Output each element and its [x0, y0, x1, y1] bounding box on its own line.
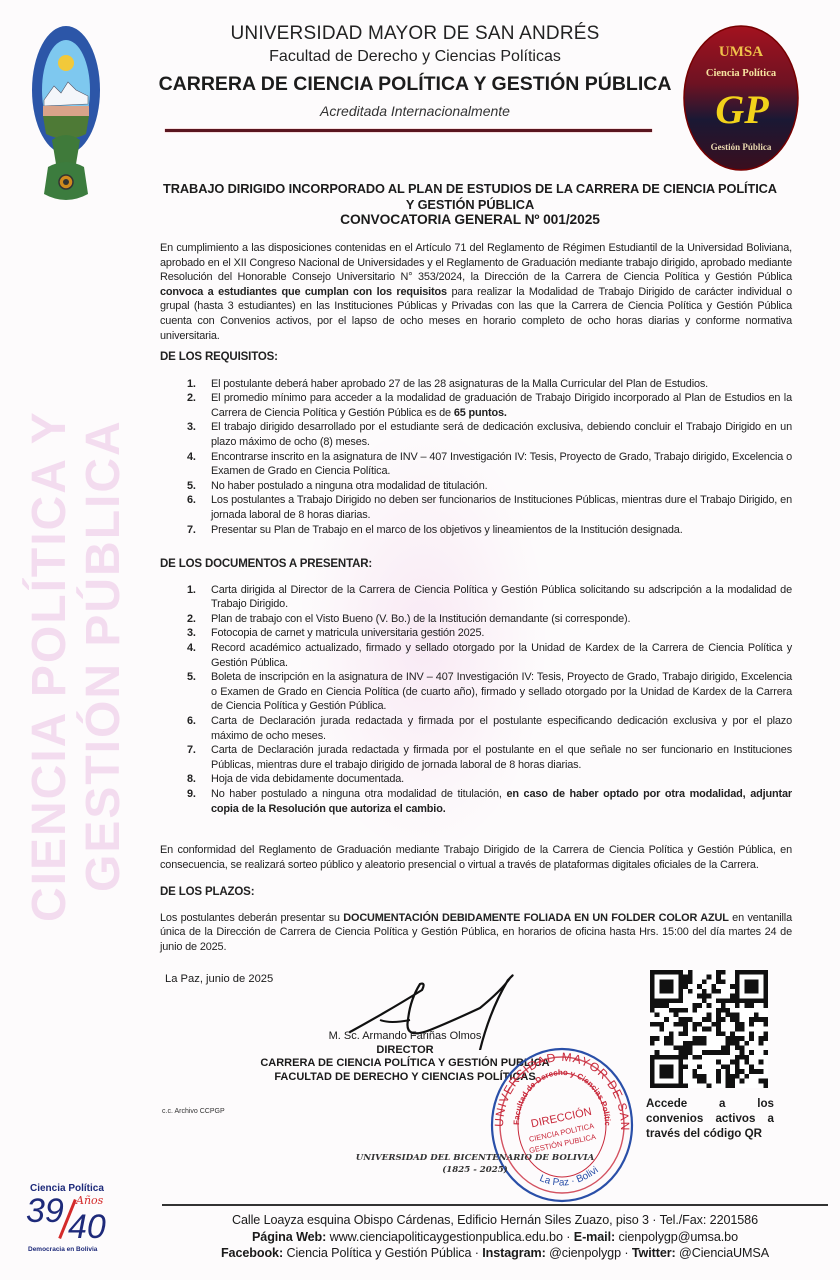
svg-text:GP: GP [715, 87, 769, 132]
accreditation-label: Acreditada Internacionalmente [150, 103, 680, 119]
list-number: 6. [187, 493, 196, 508]
direccion-stamp-icon: UNIVERSIDAD MAYOR DE SAN ANDRES Facultad… [487, 1043, 637, 1203]
documento-item: 4.Record académico actualizado, firmado … [160, 641, 792, 670]
documentos-section: DE LOS DOCUMENTOS A PRESENTAR: 1.Carta d… [160, 557, 792, 816]
list-number: 3. [187, 626, 196, 641]
plazos-heading: DE LOS PLAZOS: [160, 885, 792, 900]
list-number: 5. [187, 670, 196, 685]
footer-address: Calle Loayza esquina Obispo Cárdenas, Ed… [150, 1212, 840, 1229]
footer-web-link[interactable]: www.cienciapoliticaygestionpublica.edu.b… [330, 1230, 563, 1244]
umsa-ciencia-politica-logo: UMSA Ciencia Política GP Gestión Pública [682, 24, 800, 172]
list-number: 2. [187, 391, 196, 406]
footer-twitter-link[interactable]: @CienciaUMSA [679, 1246, 769, 1260]
svg-text:UMSA: UMSA [719, 44, 763, 60]
header-divider [165, 129, 652, 132]
career-name: CARRERA DE CIENCIA POLÍTICA Y GESTIÓN PÚ… [150, 73, 680, 96]
requisito-item: 4.Encontrarse inscrito en la asignatura … [160, 450, 792, 479]
qr-caption: Accedealos convenios activos a través de… [646, 1096, 774, 1141]
requisitos-section: DE LOS REQUISITOS: 1.El postulante deber… [160, 350, 792, 537]
documento-item: 9.No haber postulado a ninguna otra moda… [160, 787, 792, 816]
list-number: 7. [187, 743, 196, 758]
documentos-list: 1.Carta dirigida al Director de la Carre… [160, 583, 792, 817]
list-number: 2. [187, 612, 196, 627]
list-number: 9. [187, 787, 196, 802]
svg-text:Ciencia Política: Ciencia Política [706, 68, 777, 79]
requisito-item: 7.Presentar su Plan de Trabajo en el mar… [160, 523, 792, 538]
umsa-crest-icon [30, 22, 102, 207]
intro-paragraph: En cumplimiento a las disposiciones cont… [160, 241, 792, 343]
list-number: 4. [187, 641, 196, 656]
footer-instagram-link[interactable]: @cienpolygp [549, 1246, 621, 1260]
cc-archive: c.c. Archivo CCPGP [162, 1108, 225, 1115]
documento-item: 2.Plan de trabajo con el Visto Bueno (V.… [160, 612, 792, 627]
bicentenary-motto: UNIVERSIDAD DEL BICENTENARIO DE BOLIVIA … [340, 1152, 610, 1176]
intro-bold: convoca a estudiantes que cumplan con lo… [160, 286, 447, 298]
documento-item: 1.Carta dirigida al Director de la Carre… [160, 583, 792, 612]
requisito-item: 6.Los postulantes a Trabajo Dirigido no … [160, 493, 792, 522]
list-number: 1. [187, 377, 196, 392]
list-number: 6. [187, 714, 196, 729]
title-line1: TRABAJO DIRIGIDO INCORPORADO AL PLAN DE … [150, 181, 790, 197]
documento-item: 3.Fotocopia de carnet y matricula univer… [160, 626, 792, 641]
plazos-paragraph: Los postulantes deberán presentar su DOC… [160, 911, 792, 955]
documentos-heading: DE LOS DOCUMENTOS A PRESENTAR: [160, 557, 792, 572]
watermark-text-line1: CIENCIA POLÍTICA Y [22, 410, 77, 922]
list-number: 7. [187, 523, 196, 538]
footer-facebook-link[interactable]: Ciencia Política y Gestión Pública [286, 1246, 471, 1260]
list-number: 1. [187, 583, 196, 598]
documento-item: 7.Carta de Declaración jurada redactada … [160, 743, 792, 772]
watermark-text-line2: GESTIÓN PÚBLICA [76, 419, 131, 892]
svg-text:Gestión Pública: Gestión Pública [711, 142, 772, 152]
conformidad-paragraph: En conformidad del Reglamento de Graduac… [160, 843, 792, 872]
qr-code-icon[interactable] [650, 970, 768, 1088]
requisito-item: 1.El postulante deberá haber aprobado 27… [160, 377, 792, 392]
requisitos-list: 1.El postulante deberá haber aprobado 27… [160, 377, 792, 538]
documento-item: 5.Boleta de inscripción en la asignatura… [160, 670, 792, 714]
footer-divider [162, 1204, 828, 1206]
faculty-name: Facultad de Derecho y Ciencias Políticas [150, 48, 680, 66]
list-number: 3. [187, 420, 196, 435]
list-number: 4. [187, 450, 196, 465]
documento-item: 8.Hoja de vida debidamente documentada. [160, 772, 792, 787]
document-title: TRABAJO DIRIGIDO INCORPORADO AL PLAN DE … [150, 181, 790, 228]
requisito-item: 5.No haber postulado a ninguna otra moda… [160, 479, 792, 494]
plazos-section: DE LOS PLAZOS: Los postulantes deberán p… [160, 885, 792, 954]
convocatoria-number: CONVOCATORIA GENERAL Nº 001/2025 [150, 212, 790, 228]
requisito-item: 3.El trabajo dirigido desarrollado por e… [160, 420, 792, 449]
place-date: La Paz, junio de 2025 [165, 973, 273, 985]
anniversary-logo: Ciencia Política 39 Años 40 Democracia e… [24, 1180, 114, 1260]
requisitos-heading: DE LOS REQUISITOS: [160, 350, 792, 365]
documento-item: 6.Carta de Declaración jurada redactada … [160, 714, 792, 743]
footer-contact: Calle Loayza esquina Obispo Cárdenas, Ed… [150, 1212, 840, 1262]
list-number: 5. [187, 479, 196, 494]
list-number: 8. [187, 772, 196, 787]
university-name: UNIVERSIDAD MAYOR DE SAN ANDRÉS [150, 23, 680, 45]
requisito-item: 2.El promedio mínimo para acceder a la m… [160, 391, 792, 420]
footer-email-link[interactable]: cienpolygp@umsa.bo [618, 1230, 738, 1244]
title-line2: Y GESTIÓN PÚBLICA [150, 197, 790, 213]
signer-name: M. Sc. Armando Fariñas Olmos [250, 1030, 560, 1044]
